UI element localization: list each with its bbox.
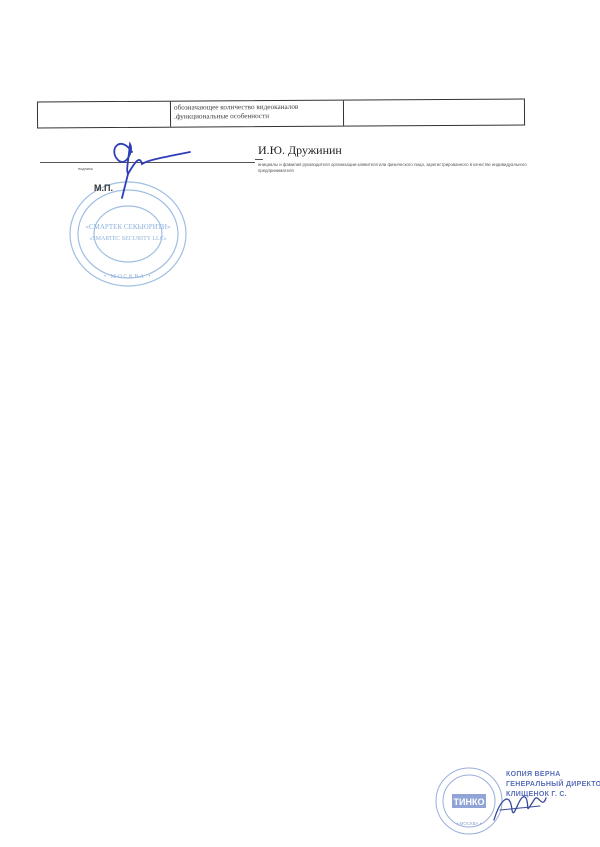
svg-text:• МОСКВА •: • МОСКВА • — [104, 274, 152, 280]
cell-text-line: .функциональные особенности — [174, 112, 343, 122]
certify-line-1: КОПИЯ ВЕРНА — [506, 770, 600, 780]
svg-text:ТИНКО: ТИНКО — [454, 797, 485, 807]
handwritten-signature — [100, 130, 200, 200]
signer-caption: инициалы и фамилия руководителя организа… — [258, 162, 548, 174]
table-cell-3 — [344, 100, 524, 126]
svg-text:«СМАРТЕК СЕКЬЮРИТИ»: «СМАРТЕК СЕКЬЮРИТИ» — [85, 223, 171, 231]
svg-text:• МОСКВА •: • МОСКВА • — [457, 821, 482, 826]
svg-text:«SMARTEC SECURITY LLC»: «SMARTEC SECURITY LLC» — [89, 236, 166, 242]
spec-table-row: обозначающее количество видеоканалов .фу… — [37, 99, 525, 129]
name-line — [255, 159, 263, 160]
signer-name: И.Ю. Дружинин — [258, 143, 342, 158]
table-cell-2: обозначающее количество видеоканалов .фу… — [171, 101, 344, 127]
director-signature — [490, 780, 560, 830]
table-cell-1 — [38, 102, 171, 128]
signature-caption: подпись — [78, 166, 93, 171]
